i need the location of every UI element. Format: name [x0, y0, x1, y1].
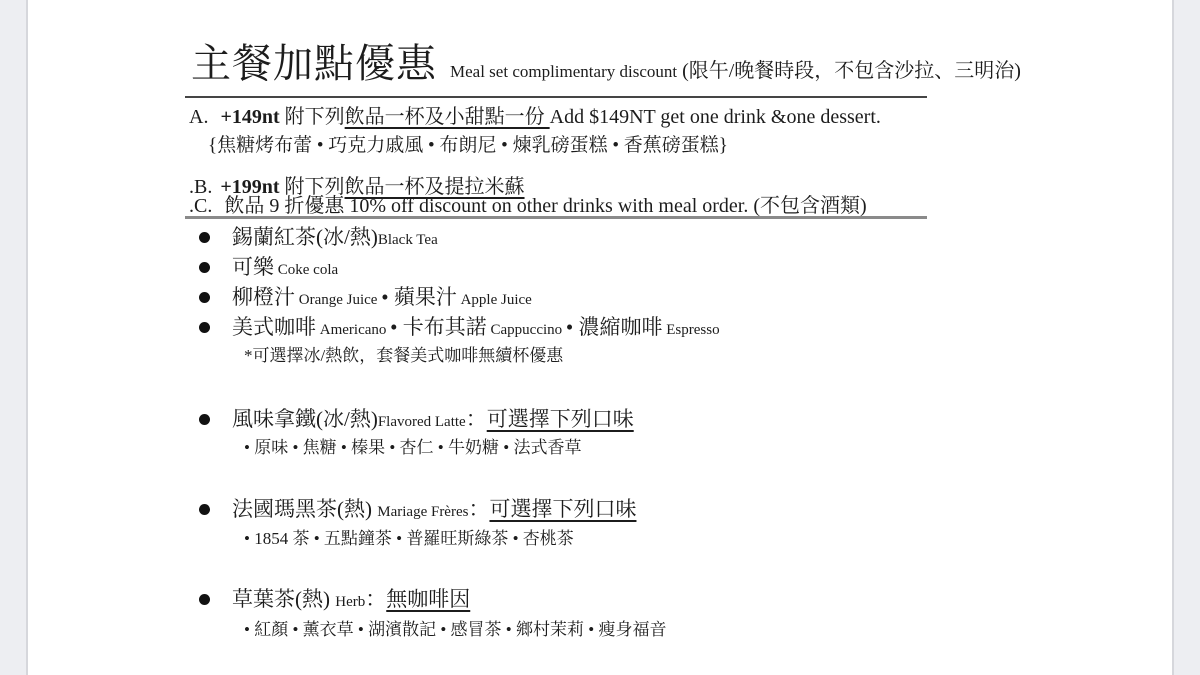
caffeine-free-underlined: 無咖啡因 — [386, 587, 470, 611]
drink-name-en: Americano — [316, 322, 390, 338]
drink-name: 錫蘭紅茶(冰/熱) — [232, 225, 378, 249]
title-cjk: 主餐加點優惠 — [191, 41, 437, 86]
flavor-choice-underlined: 可選擇下列口味 — [487, 407, 634, 431]
list-item-juice: 柳橙汁 Orange Juice • 蘋果汁 Apple Juice — [199, 282, 532, 315]
drink-name: • 卡布其諾 — [390, 315, 487, 339]
drink-name: 美式咖啡 — [232, 315, 316, 339]
section-a-mid: 附下列 — [280, 106, 345, 128]
bullet-icon — [199, 232, 210, 243]
coffee-refill-note: *可選擇冰/熱飲，套餐美式咖啡無續杯優惠 — [244, 344, 563, 368]
drink-name-en: Espresso — [663, 322, 720, 338]
left-margin-gutter — [0, 0, 28, 675]
list-item-coffee: 美式咖啡 Americano • 卡布其諾 Cappuccino • 濃縮咖啡 … — [199, 312, 720, 345]
bullet-icon — [199, 322, 210, 333]
page-title: 主餐加點優惠 Meal set complimentary discount (… — [191, 38, 1021, 98]
drink-name-en: Orange Juice — [295, 292, 381, 308]
right-margin-gutter — [1172, 0, 1200, 675]
flavor-choice-underlined: 可選擇下列口味 — [489, 497, 636, 521]
drink-name: • 蘋果汁 — [381, 285, 457, 309]
drink-name-en: Black Tea — [378, 232, 438, 248]
mariage-flavor-list: • 1854 茶 • 五點鐘茶 • 普羅旺斯綠茶 • 杏桃茶 — [244, 526, 574, 552]
drink-name: 草葉茶(熱) — [232, 587, 335, 611]
drink-name-en: Coke cola — [274, 262, 338, 278]
drink-name-en: Apple Juice — [457, 292, 532, 308]
bullet-icon — [199, 292, 210, 303]
section-a-tail: Add $149NT get one drink &one dessert. — [550, 106, 881, 128]
bullet-icon — [199, 262, 210, 273]
drink-name: • 濃縮咖啡 — [566, 315, 663, 339]
list-item-mariage-freres: 法國瑪黑茶(熱) Mariage Frères：可選擇下列口味 — [199, 494, 636, 527]
colon: ： — [365, 587, 386, 611]
divider-under-sections — [185, 216, 927, 219]
drink-name: 柳橙汁 — [232, 285, 295, 309]
title-note: (限午/晚餐時段，不包含沙拉、三明治) — [682, 60, 1021, 82]
divider-under-title — [185, 96, 927, 98]
section-a-label: A. — [189, 102, 208, 132]
section-c-text: 飲品 9 折優惠 10% off discount on other drink… — [224, 195, 866, 217]
colon: ： — [466, 407, 487, 431]
bullet-icon — [199, 594, 210, 605]
drink-name: 可樂 — [232, 255, 274, 279]
section-a-price: +149nt — [220, 106, 279, 128]
latte-flavor-list: • 原味 • 焦糖 • 榛果 • 杏仁 • 牛奶糖 • 法式香草 — [244, 435, 581, 461]
list-item-coke: 可樂 Coke cola — [199, 252, 338, 285]
herb-flavor-list: • 紅顏 • 薰衣草 • 湖濱散記 • 感冒茶 • 鄉村茉莉 • 瘦身福音 — [244, 617, 666, 643]
title-english: Meal set complimentary discount — [450, 62, 677, 81]
bullet-icon — [199, 414, 210, 425]
drink-name: 風味拿鐵(冰/熱) — [232, 407, 378, 431]
list-item-flavored-latte: 風味拿鐵(冰/熱)Flavored Latte：可選擇下列口味 — [199, 404, 634, 437]
section-a-underlined: 飲品一杯及小甜點一份 — [345, 106, 550, 128]
section-a-dessert-list: {焦糖烤布蕾 • 巧克力戚風 • 布朗尼 • 煉乳磅蛋糕 • 香蕉磅蛋糕} — [208, 131, 728, 161]
drink-name-en: Herb — [335, 594, 365, 610]
drink-name: 法國瑪黑茶(熱) — [232, 497, 377, 521]
bullet-icon — [199, 504, 210, 515]
drink-name-en: Cappuccino — [487, 322, 566, 338]
list-item-black-tea: 錫蘭紅茶(冰/熱)Black Tea — [199, 222, 438, 255]
section-a-line: A.+149nt 附下列飲品一杯及小甜點一份 Add $149NT get on… — [189, 102, 881, 132]
drink-name-en: Mariage Frères — [377, 504, 468, 520]
list-item-herb-tea: 草葉茶(熱) Herb：無咖啡因 — [199, 584, 470, 617]
drink-name-en: Flavored Latte — [378, 414, 466, 430]
colon: ： — [468, 497, 489, 521]
menu-page: 主餐加點優惠 Meal set complimentary discount (… — [28, 0, 1172, 675]
